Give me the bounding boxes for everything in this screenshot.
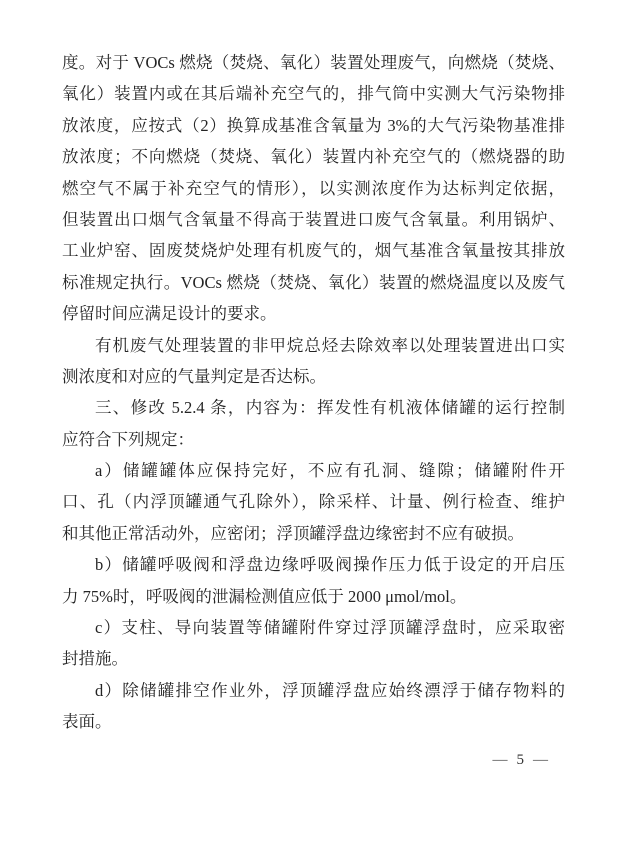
- text-line: b）储罐呼吸阀和浮盘边缘呼吸阀操作压力低于设定的开启压: [62, 549, 565, 580]
- footer-dash-right: —: [533, 752, 548, 769]
- text-line: d）除储罐排空作业外，浮顶罐浮盘应始终漂浮于储存物料的: [62, 675, 565, 706]
- document-page: 度。对于 VOCs 燃烧（焚烧、氧化）装置处理废气，向燃烧（焚烧、氧化）装置内或…: [0, 0, 625, 849]
- text-line: 燃空气不属于补充空气的情形），以实测浓度作为达标判定依据，: [62, 173, 565, 204]
- page-footer: — 5 —: [493, 752, 549, 769]
- text-line: 封措施。: [62, 643, 565, 674]
- text-line: 工业炉窑、固废焚烧炉处理有机废气的，烟气基准含氧量按其排放: [62, 235, 565, 266]
- document-body: 度。对于 VOCs 燃烧（焚烧、氧化）装置处理废气，向燃烧（焚烧、氧化）装置内或…: [62, 47, 565, 738]
- text-line: a）储罐罐体应保持完好，不应有孔洞、缝隙；储罐附件开: [62, 455, 565, 486]
- text-line: 度。对于 VOCs 燃烧（焚烧、氧化）装置处理废气，向燃烧（焚烧、: [62, 47, 565, 78]
- text-line: 标准规定执行。VOCs 燃烧（焚烧、氧化）装置的燃烧温度以及废气: [62, 267, 565, 298]
- text-line: 氧化）装置内或在其后端补充空气的，排气筒中实测大气污染物排: [62, 78, 565, 109]
- text-line: 但装置出口烟气含氧量不得高于装置进口废气含氧量。利用锅炉、: [62, 204, 565, 235]
- text-line: 和其他正常活动外，应密闭；浮顶罐浮盘边缘密封不应有破损。: [62, 518, 565, 549]
- text-line: 放浓度，应按式（2）换算成基准含氧量为 3%的大气污染物基准排: [62, 110, 565, 141]
- text-line: 应符合下列规定：: [62, 424, 565, 455]
- text-line: 表面。: [62, 706, 565, 737]
- text-line: 力 75%时，呼吸阀的泄漏检测值应低于 2000 μmol/mol。: [62, 581, 565, 612]
- text-line: 三、修改 5.2.4 条，内容为：挥发性有机液体储罐的运行控制: [62, 392, 565, 423]
- footer-dash-left: —: [493, 752, 508, 769]
- text-line: 放浓度；不向燃烧（焚烧、氧化）装置内补充空气的（燃烧器的助: [62, 141, 565, 172]
- text-line: 测浓度和对应的气量判定是否达标。: [62, 361, 565, 392]
- text-line: 口、孔（内浮顶罐通气孔除外），除采样、计量、例行检查、维护: [62, 486, 565, 517]
- text-line: c）支柱、导向装置等储罐附件穿过浮顶罐浮盘时，应采取密: [62, 612, 565, 643]
- text-line: 有机废气处理装置的非甲烷总烃去除效率以处理装置进出口实: [62, 330, 565, 361]
- page-number: 5: [517, 752, 525, 769]
- text-line: 停留时间应满足设计的要求。: [62, 298, 565, 329]
